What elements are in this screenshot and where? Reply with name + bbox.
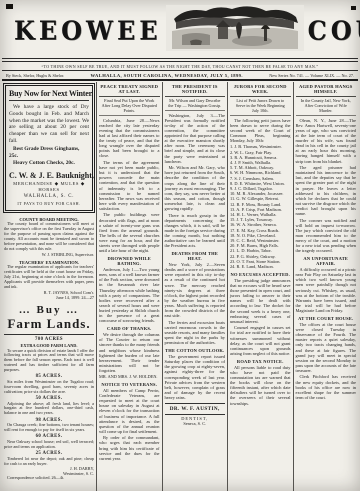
para: We desire through the columns of The Cou…: [99, 332, 160, 373]
notice-body: The regular examination of applicants fo…: [4, 265, 94, 290]
teachers-examination-notice: TEACHERS' EXAMINATION.The regular examin…: [4, 260, 94, 300]
acres-body: Timbered lot near the depot; oak and pin…: [4, 457, 94, 467]
acres-body: Near Oakway school house; red soil, well…: [4, 440, 94, 450]
section-heading: AN UNFORTUNATE AFFAIR.: [296, 256, 357, 266]
para: The ferries and excursion boats carried …: [165, 320, 226, 346]
acres-body: On Chauga creek; fine bottoms, two tenan…: [4, 423, 94, 433]
motto: “TO THINE OWN SELF BE TRUE, AND IT MUST …: [2, 62, 358, 71]
para: The presiding judge announces that no ex…: [230, 278, 291, 324]
para: A difficulty occurred at a picnic near F…: [296, 267, 357, 313]
ad-firm-place: WALHALLA, S. C.: [9, 194, 89, 199]
column-subhead: In the County Jail, New York, After Conv…: [296, 98, 357, 116]
para: New York, July 2.—Seven deaths and a sco…: [165, 262, 226, 319]
masthead-engraving-vignette: [166, 5, 304, 56]
ad-price-line: Best Grade Dress Ginghams, 25c.: [9, 146, 89, 160]
masthead-title-right: COURIER.: [308, 14, 360, 45]
para: All persons liable to road duty who have…: [230, 365, 291, 406]
section-heading: ROAD TAX NOTICE.: [230, 359, 291, 364]
section-heading: CARD OF THANKS.: [99, 326, 160, 331]
para: Washington, July 3.—The President was fo…: [165, 113, 226, 164]
column-subhead: List of Petit Jurors Drawn to Serve in t…: [230, 98, 291, 116]
column-subhead: Mr. Wilson and Gary Describe the Trip — …: [165, 98, 226, 111]
para: Columbia, June 28.—News reached the city…: [99, 118, 160, 159]
news-column-4: JURORS FOR SECOND WEEK.List of Petit Jur…: [227, 82, 293, 491]
acres-subheading: EXTRA GOOD FARM LAND.: [4, 343, 94, 348]
acres-body: To secure a quick division of estate lan…: [4, 349, 94, 373]
acres-heading: 700 ACRES: [4, 337, 94, 342]
column-headline: PEACE TREATY SIGNED AT LAST.: [99, 83, 160, 97]
advertising-column: Buy Now for Next Winter.We have a large …: [2, 82, 96, 491]
dentist-title: DENTIST,: [165, 416, 226, 421]
para: Counsel engaged in causes set for trial …: [230, 325, 291, 356]
para: All members of Camp Perrin, Confederate …: [99, 388, 160, 434]
publisher-line: By Steck, Shelor, Hughs & Shelor.: [6, 73, 64, 78]
para: There is much gossip in the departments …: [165, 213, 226, 249]
column-area: Buy Now for Next Winter.We have a large …: [2, 82, 358, 491]
para: The offices at the court house were clos…: [296, 322, 357, 373]
news-column-3: THE PRESIDENT IS NOTIFIED.Mr. Wilson and…: [162, 82, 228, 491]
ad-title: Buy Now for Next Winter.: [9, 89, 89, 101]
ad-firm-trades: MERCHANDISE ◆ MULES ◆ HORSES: [9, 181, 89, 192]
section-heading: DEATHS FROM THE HEAT.: [165, 251, 226, 261]
column-headline: THE PRESIDENT IS NOTIFIED.: [165, 83, 226, 97]
section-heading: NOTICE TO VETERANS.: [99, 382, 160, 387]
masthead: KEOWEE COURIER.: [0, 0, 360, 58]
juror-list-item: 24. R. E. Land, Madison.: [230, 264, 291, 269]
column-headline: JURORS FOR SECOND WEEK.: [230, 83, 291, 97]
farm-lands-ad: … Buy …Farm Lands.700 ACRESEXTRA GOOD FA…: [4, 304, 94, 481]
news-column-2: PEACE TREATY SIGNED AT LAST.Final Seal P…: [96, 82, 162, 491]
dentist-place: Seneca, S. C.: [165, 421, 226, 426]
dateline-row: By Steck, Shelor, Hughs & Shelor. WALHAL…: [2, 71, 358, 81]
section-heading: AT THE COURT HOUSE.: [296, 316, 357, 321]
section-heading: THE COTTON OUTLOOK.: [165, 348, 226, 353]
para: The coroner was notified and will hold a…: [296, 218, 357, 254]
para: Anderson, July 1.—Two young men, sons of…: [99, 267, 160, 324]
para: The aged prisoner had maintained his inn…: [296, 165, 357, 216]
notice-date: June 14, 1899. 24—27: [4, 295, 94, 300]
ad-slogan: IT PAYS TO BUY FOR CASH.: [9, 201, 89, 206]
para: The terms of the agreement have not yet …: [99, 160, 160, 211]
juror-list-item: 6. W. H. Nimmons, Richland.: [230, 170, 291, 175]
farm-ad-word-lands: Farm Lands.: [4, 316, 94, 335]
county-board-notice: COUNTY BOARD MEETING.The county board of…: [4, 217, 94, 257]
acres-body: Adjoining the above; all fresh land, lie…: [4, 402, 94, 417]
card-signature: MR. AND MRS. J. W. HOLDEN.: [99, 374, 158, 379]
para: By order of the commandant, who urges th…: [99, 435, 160, 461]
column-subhead: Final Seal Put Upon the Work After Long …: [99, 98, 160, 116]
para: The government report issued Saturday pl…: [165, 354, 226, 400]
news-column-5: AGED PASTOR HANGS HIMSELF.In the County …: [293, 82, 359, 491]
dentist-card: DR. W. F. AUSTIN,DENTIST,Seneca, S. C.: [165, 403, 226, 426]
juror-list-item: 1. J. B. Thomas, Westminster.: [230, 144, 291, 149]
juror-list: 1. J. B. Thomas, Westminster.2. W. L. Gr…: [230, 144, 291, 269]
para: The following petit jurors have been dra…: [230, 118, 291, 144]
para: Olean, N. Y., June 28.—The Rev. Amos Har…: [296, 118, 357, 164]
acres-body: Six miles from Westminster on the Tugalo…: [4, 380, 94, 395]
column-headline: AGED PASTOR HANGS HIMSELF.: [296, 83, 357, 97]
ad-body: We have a large stock of Dry Goods bough…: [9, 104, 89, 145]
para: Mr. Wilson and Mr. Gary, who have just r…: [165, 165, 226, 211]
notice-signature: W. J. STRIBLING, Supervisor.: [4, 252, 94, 257]
newspaper-front-page: KEOWEE COURIER. “TO THINE OWN SELF BE TR…: [0, 0, 360, 491]
section-heading: DROWNED WHILE BATHING.: [99, 256, 160, 266]
notice-body: The county board of commissioners will m…: [4, 222, 94, 252]
ad-firm-name: C. W. & J. E. Bauknight,: [9, 171, 89, 180]
para: Clerk Pitchford has received the new equ…: [296, 374, 357, 400]
ad-price-line: Heavy Cotton Checks, 20c.: [9, 160, 89, 167]
para: The public buildings were decorated with…: [99, 212, 160, 253]
dentist-name: DR. W. F. AUSTIN,: [165, 403, 226, 415]
section-heading: NO EXCUSES ACCEPTED.: [230, 272, 291, 277]
farm-ad-word-buy: … Buy …: [4, 304, 94, 316]
farm-ad-footline: Correspondence solicited. 26—4t.: [4, 476, 94, 481]
bauknight-ad: Buy Now for Next Winter.We have a large …: [5, 85, 93, 211]
place-date-line: WALHALLA, SOUTH CAROLINA, WEDNESDAY, JUL…: [91, 73, 243, 78]
masthead-title-left: KEOWEE: [14, 14, 162, 45]
issue-number-line: New Series No. 741. — Volume XLIX. — No.…: [269, 73, 354, 78]
